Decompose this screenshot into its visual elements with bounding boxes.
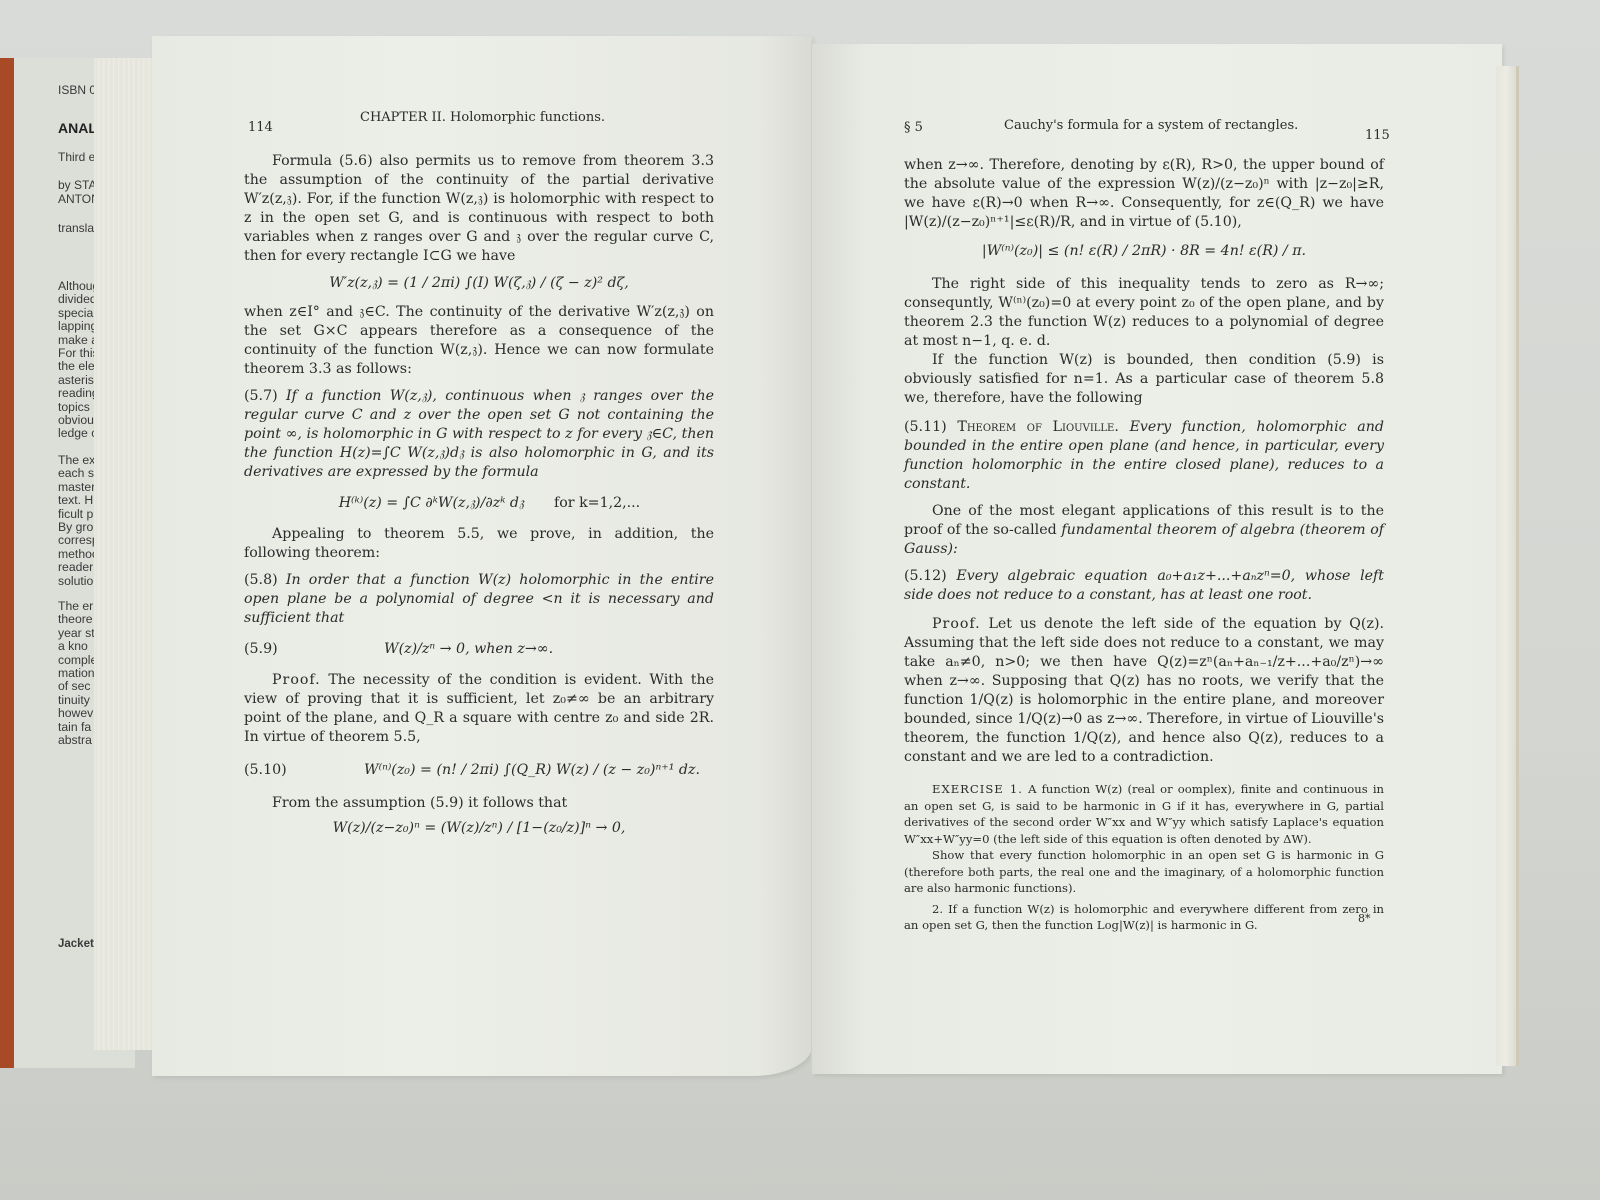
theorem-5-12: (5.12) Every algebraic equation a₀+a₁z+.…	[904, 567, 1384, 605]
paragraph: One of the most elegant applications of …	[904, 502, 1384, 559]
jacket-blurb-3: The ertheoreyear st a knocomplemation of…	[58, 600, 97, 747]
equation-h-k: H⁽ᵏ⁾(z) = ∫C ∂ᵏW(z,𝔷)/∂zᵏ d𝔷 for k=1,2,.…	[244, 494, 714, 513]
paragraph: when z→∞. Therefore, denoting by ε(R), R…	[904, 156, 1384, 232]
theorem-5-11: (5.11) Theorem of Liouville. Every funct…	[904, 418, 1384, 494]
page-edges-left	[94, 58, 153, 1050]
equation-bound: |W⁽ⁿ⁾(z₀)| ≤ (n! ε(R) / 2πR) · 8R = 4n! …	[904, 242, 1384, 261]
page-115: § 5 Cauchy's formula for a system of rec…	[812, 44, 1502, 1074]
equation-wz-derivative: W′z(z,𝔷) = (1 / 2πi) ∫(I) W(ζ,𝔷) / (ζ − …	[244, 274, 714, 293]
running-head: Cauchy's formula for a system of rectang…	[1004, 118, 1298, 133]
page-number: 114	[248, 120, 273, 135]
exercises: EXERCISE 1. A function W(z) (real or oom…	[904, 781, 1384, 934]
theorem-5-8: (5.8) In order that a function W(z) holo…	[244, 571, 714, 628]
paragraph: when z∈I° and 𝔷∈C. The continuity of the…	[244, 303, 714, 379]
jacket-blurb-2: The exeach smaster text. Hficult pBy gro…	[58, 454, 99, 588]
page-body: Formula (5.6) also permits us to remove …	[244, 152, 714, 844]
paragraph: Appealing to theorem 5.5, we prove, in a…	[244, 525, 714, 563]
exercise-1-part-b: Show that every function holomorphic in …	[904, 847, 1384, 897]
page-114: 114 CHAPTER II. Holomorphic functions. F…	[152, 36, 812, 1076]
theorem-5-7: (5.7) If a function W(z,𝔷), continuous w…	[244, 387, 714, 482]
proof-paragraph: Proof. Let us denote the left side of th…	[904, 615, 1384, 767]
running-head: CHAPTER II. Holomorphic functions.	[360, 110, 605, 125]
paragraph: From the assumption (5.9) it follows tha…	[244, 794, 714, 813]
paragraph: Formula (5.6) also permits us to remove …	[244, 152, 714, 266]
proof-paragraph: Proof. The necessity of the condition is…	[244, 671, 714, 747]
equation-limit: W(z)/(z−z₀)ⁿ = (W(z)/zⁿ) / [1−(z₀/z)]ⁿ →…	[244, 819, 714, 838]
page-edges-right	[1496, 66, 1519, 1066]
signature-mark: 8*	[1358, 912, 1371, 925]
jacket-footer: Jacket	[58, 938, 94, 952]
page-number: 115	[1365, 128, 1390, 143]
equation-5-10: (5.10) W⁽ⁿ⁾(z₀) = (n! / 2πi) ∫(Q_R) W(z)…	[244, 761, 714, 780]
paragraph: The right side of this inequality tends …	[904, 275, 1384, 351]
section-mark: § 5	[904, 120, 923, 135]
exercise-1: EXERCISE 1. A function W(z) (real or oom…	[904, 781, 1384, 847]
equation-5-9: (5.9) W(z)/zⁿ → 0, when z→∞.	[244, 640, 714, 659]
page-body: when z→∞. Therefore, denoting by ε(R), R…	[904, 156, 1384, 934]
exercise-2: 2. If a function W(z) is holomorphic and…	[904, 901, 1384, 934]
paragraph: If the function W(z) is bounded, then co…	[904, 351, 1384, 408]
